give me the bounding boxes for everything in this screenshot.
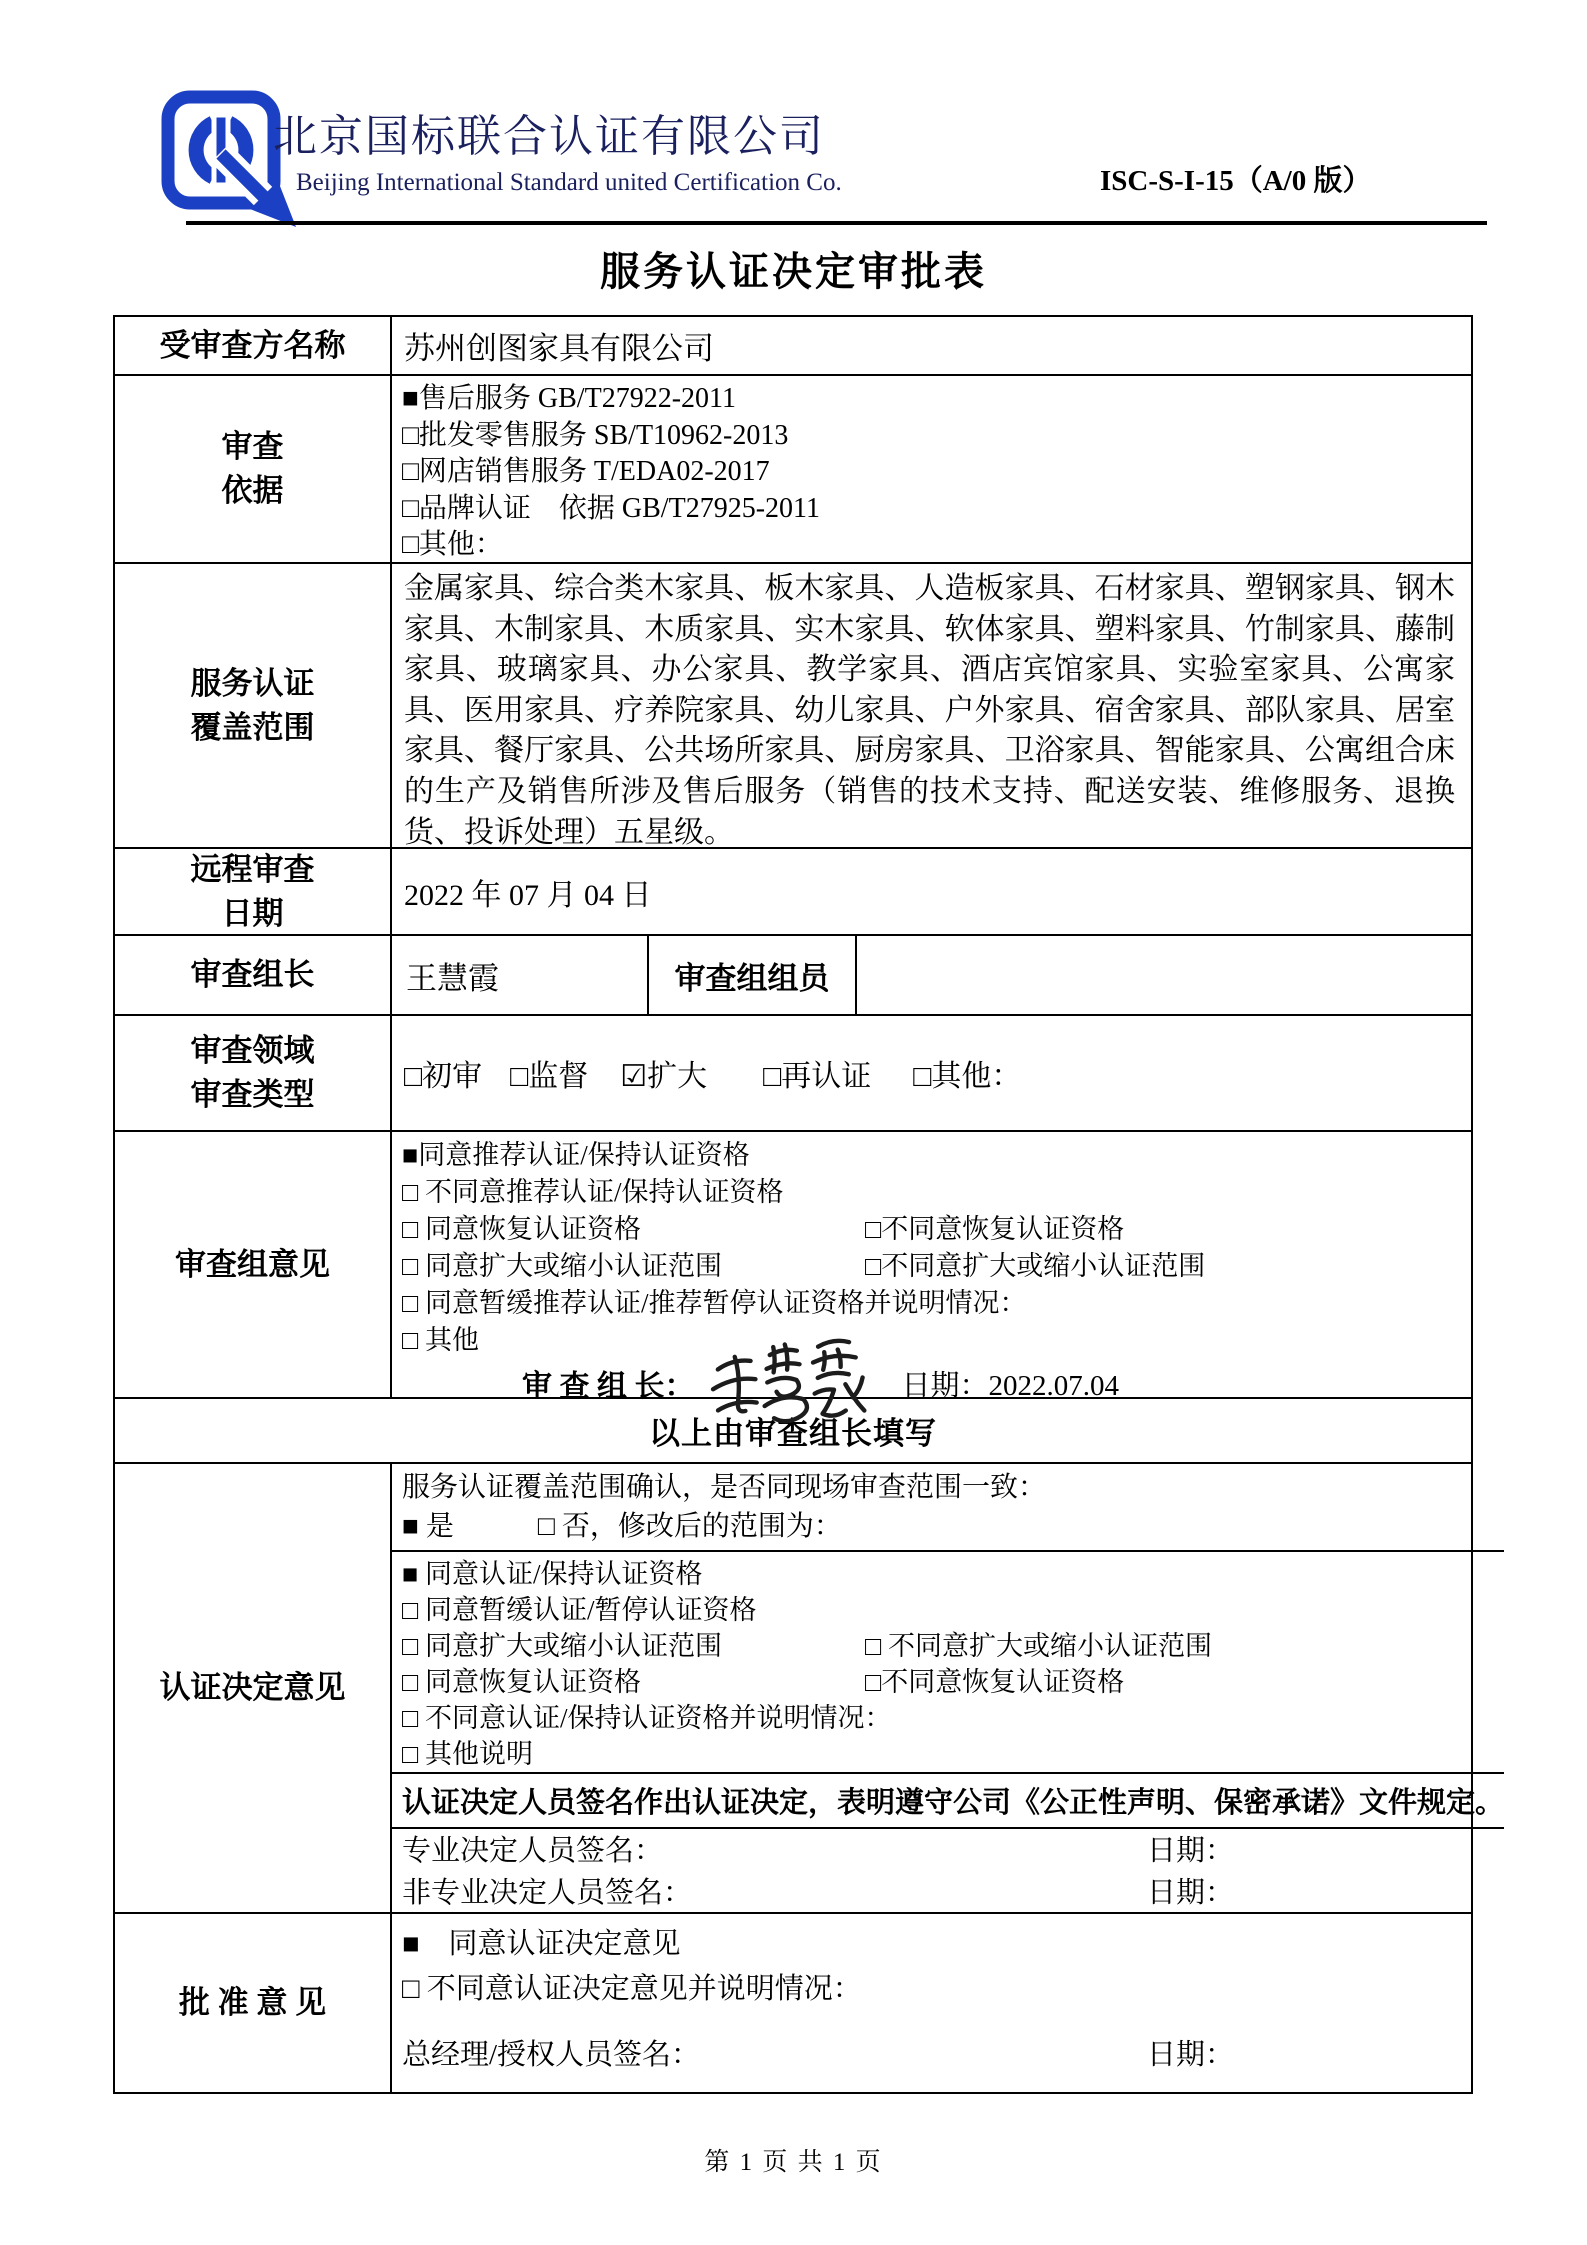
row-approval-opinion: 批 准 意 见 ■ 同意认证决定意见 □ 不同意认证决定意见并说明情况： 总经理… bbox=[115, 1912, 1471, 2092]
decision-other: □ 其他说明 bbox=[392, 1736, 1504, 1772]
type-option-surveillance: □监督 bbox=[510, 1051, 588, 1095]
scope-content: 金属家具、综合类木家具、板木家具、人造板家具、石材家具、塑钢家具、钢木家具、木制… bbox=[392, 564, 1471, 847]
row-certification-scope: 服务认证 覆盖范围 金属家具、综合类木家具、板木家具、人造板家具、石材家具、塑钢… bbox=[115, 562, 1471, 847]
scope-confirm-answer: ■ 是 □ 否，修改后的范围为： bbox=[392, 1507, 1504, 1546]
team-leader-name: 王慧霞 bbox=[392, 936, 649, 1014]
decision-suspend: □ 同意暂缓认证/暂停认证资格 bbox=[392, 1592, 1504, 1628]
opinion-recommend-checked: ■同意推荐认证/保持认证资格 bbox=[392, 1137, 1471, 1174]
opinion-expand-pair: □ 同意扩大或缩小认证范围 □不同意扩大或缩小认证范围 bbox=[392, 1248, 1471, 1285]
decision-options: ■ 同意认证/保持认证资格 □ 同意暂缓认证/暂停认证资格 □ 同意扩大或缩小认… bbox=[392, 1550, 1504, 1772]
row-remote-audit-date: 远程审查 日期 2022 年 07 月 04 日 bbox=[115, 847, 1471, 934]
audit-type-options: □初审 □监督 ☑扩大 □再认证 □其他： bbox=[392, 1016, 1471, 1130]
decision-approve-checked: ■ 同意认证/保持认证资格 bbox=[392, 1556, 1504, 1592]
form-number: ISC-S-I-15（A/0 版） bbox=[1100, 158, 1372, 199]
decision-restore-pair: □ 同意恢复认证资格 □不同意恢复认证资格 bbox=[392, 1664, 1504, 1700]
company-name-cn: 北京国标联合认证有限公司 bbox=[273, 112, 825, 162]
decision-signatures: 专业决定人员签名： 日期： 非专业决定人员签名： 日期： bbox=[392, 1827, 1504, 1912]
approval-table: 受审查方名称 苏州创图家具有限公司 审查 依据 ■售后服务 GB/T27922-… bbox=[113, 315, 1473, 2094]
approval-content: ■ 同意认证决定意见 □ 不同意认证决定意见并说明情况： 总经理/授权人员签名：… bbox=[392, 1914, 1471, 2092]
decision-label: 认证决定意见 bbox=[115, 1464, 392, 1912]
page-number: 第 1 页 共 1 页 bbox=[0, 2142, 1587, 2178]
approval-agree-checked: ■ 同意认证决定意见 bbox=[392, 1922, 1471, 1967]
team-opinion-content: ■同意推荐认证/保持认证资格 □ 不同意推荐认证/保持认证资格 □ 同意恢复认证… bbox=[392, 1132, 1471, 1397]
audit-type-label: 审查领域 审查类型 bbox=[115, 1016, 392, 1130]
type-option-other: □其他： bbox=[913, 1051, 1021, 1095]
gm-sign-date: 日期： bbox=[1147, 2033, 1234, 2078]
opinion-suspend: □ 同意暂缓推荐认证/推荐暂停认证资格并说明情况： bbox=[392, 1285, 1471, 1322]
basis-option-wholesale: □批发零售服务 SB/T10962-2013 bbox=[392, 418, 1471, 455]
team-member-value bbox=[857, 936, 1471, 1014]
basis-option-aftersales: ■售后服务 GB/T27922-2011 bbox=[392, 381, 1471, 418]
type-option-expansion-checked: ☑扩大 bbox=[620, 1051, 707, 1095]
audit-basis-label: 审查 依据 bbox=[115, 376, 392, 562]
type-option-recertification: □再认证 bbox=[763, 1051, 871, 1095]
row-audit-basis: 审查 依据 ■售后服务 GB/T27922-2011 □批发零售服务 SB/T1… bbox=[115, 374, 1471, 562]
professional-sign-line: 专业决定人员签名： 日期： bbox=[392, 1830, 1504, 1872]
row-certification-decision: 认证决定意见 服务认证覆盖范围确认，是否同现场审查范围一致： ■ 是 □ 否，修… bbox=[115, 1462, 1471, 1912]
page-title: 服务认证决定审批表 bbox=[0, 240, 1587, 297]
approval-label: 批 准 意 见 bbox=[115, 1914, 392, 2092]
opinion-restore-pair: □ 同意恢复认证资格 □不同意恢复认证资格 bbox=[392, 1211, 1471, 1248]
auditee-label: 受审查方名称 bbox=[115, 317, 392, 374]
basis-option-brand: □品牌认证 依据 GB/T27925-2011 bbox=[392, 491, 1471, 528]
remote-date-label: 远程审查 日期 bbox=[115, 849, 392, 934]
decision-content: 服务认证覆盖范围确认，是否同现场审查范围一致： ■ 是 □ 否，修改后的范围为：… bbox=[392, 1464, 1504, 1912]
professional-sign-date: 日期： bbox=[1147, 1830, 1234, 1872]
decision-disagree: □ 不同意认证/保持认证资格并说明情况： bbox=[392, 1700, 1504, 1736]
scope-confirm-question: 服务认证覆盖范围确认，是否同现场审查范围一致： bbox=[392, 1468, 1504, 1507]
row-team-opinion: 审查组意见 ■同意推荐认证/保持认证资格 □ 不同意推荐认证/保持认证资格 □ … bbox=[115, 1130, 1471, 1397]
document-page: 北京国标联合认证有限公司 Beijing International Stand… bbox=[0, 0, 1587, 2245]
audit-basis-options: ■售后服务 GB/T27922-2011 □批发零售服务 SB/T10962-2… bbox=[392, 376, 1471, 562]
row-auditee: 受审查方名称 苏州创图家具有限公司 bbox=[115, 317, 1471, 374]
scope-label: 服务认证 覆盖范围 bbox=[115, 564, 392, 847]
sign-date: 日期：2022.07.04 bbox=[902, 1363, 1120, 1404]
row-audit-team: 审查组长 王慧霞 审查组组员 bbox=[115, 934, 1471, 1014]
company-name-en: Beijing International Standard united Ce… bbox=[296, 168, 842, 198]
sign-label: 审 查 组 长： bbox=[522, 1361, 695, 1405]
nonprofessional-sign-line: 非专业决定人员签名： 日期： bbox=[392, 1872, 1504, 1914]
scope-text: 金属家具、综合类木家具、板木家具、人造板家具、石材家具、塑钢家具、钢木家具、木制… bbox=[404, 569, 1455, 853]
header-divider bbox=[186, 221, 1487, 225]
opinion-other: □ 其他 bbox=[392, 1322, 1471, 1359]
team-leader-sign-line: 审 查 组 长： 日期：2022.07.04 bbox=[522, 1359, 1471, 1407]
decision-statement: 认证决定人员签名作出认证决定，表明遵守公司《公正性声明、保密承诺》文件规定。 bbox=[392, 1772, 1504, 1827]
basis-option-other: □其他： bbox=[392, 527, 1471, 564]
decision-scope-confirm: 服务认证覆盖范围确认，是否同现场审查范围一致： ■ 是 □ 否，修改后的范围为： bbox=[392, 1464, 1504, 1550]
remote-date-value: 2022 年 07 月 04 日 bbox=[392, 849, 1471, 934]
team-opinion-label: 审查组意见 bbox=[115, 1132, 392, 1397]
auditee-value: 苏州创图家具有限公司 bbox=[392, 317, 1471, 374]
nonprofessional-sign-date: 日期： bbox=[1147, 1872, 1234, 1914]
approval-disagree: □ 不同意认证决定意见并说明情况： bbox=[392, 1967, 1471, 2012]
team-leader-label: 审查组长 bbox=[115, 936, 392, 1014]
type-option-initial: □初审 bbox=[404, 1051, 482, 1095]
gm-sign-line: 总经理/授权人员签名： 日期： bbox=[392, 2033, 1471, 2078]
team-member-label: 审查组组员 bbox=[649, 936, 857, 1014]
basis-option-onlinestore: □网店销售服务 T/EDA02-2017 bbox=[392, 454, 1471, 491]
row-audit-type: 审查领域 审查类型 □初审 □监督 ☑扩大 □再认证 □其他： bbox=[115, 1014, 1471, 1130]
opinion-not-recommend: □ 不同意推荐认证/保持认证资格 bbox=[392, 1174, 1471, 1211]
decision-expand-pair: □ 同意扩大或缩小认证范围 □ 不同意扩大或缩小认证范围 bbox=[392, 1628, 1504, 1664]
